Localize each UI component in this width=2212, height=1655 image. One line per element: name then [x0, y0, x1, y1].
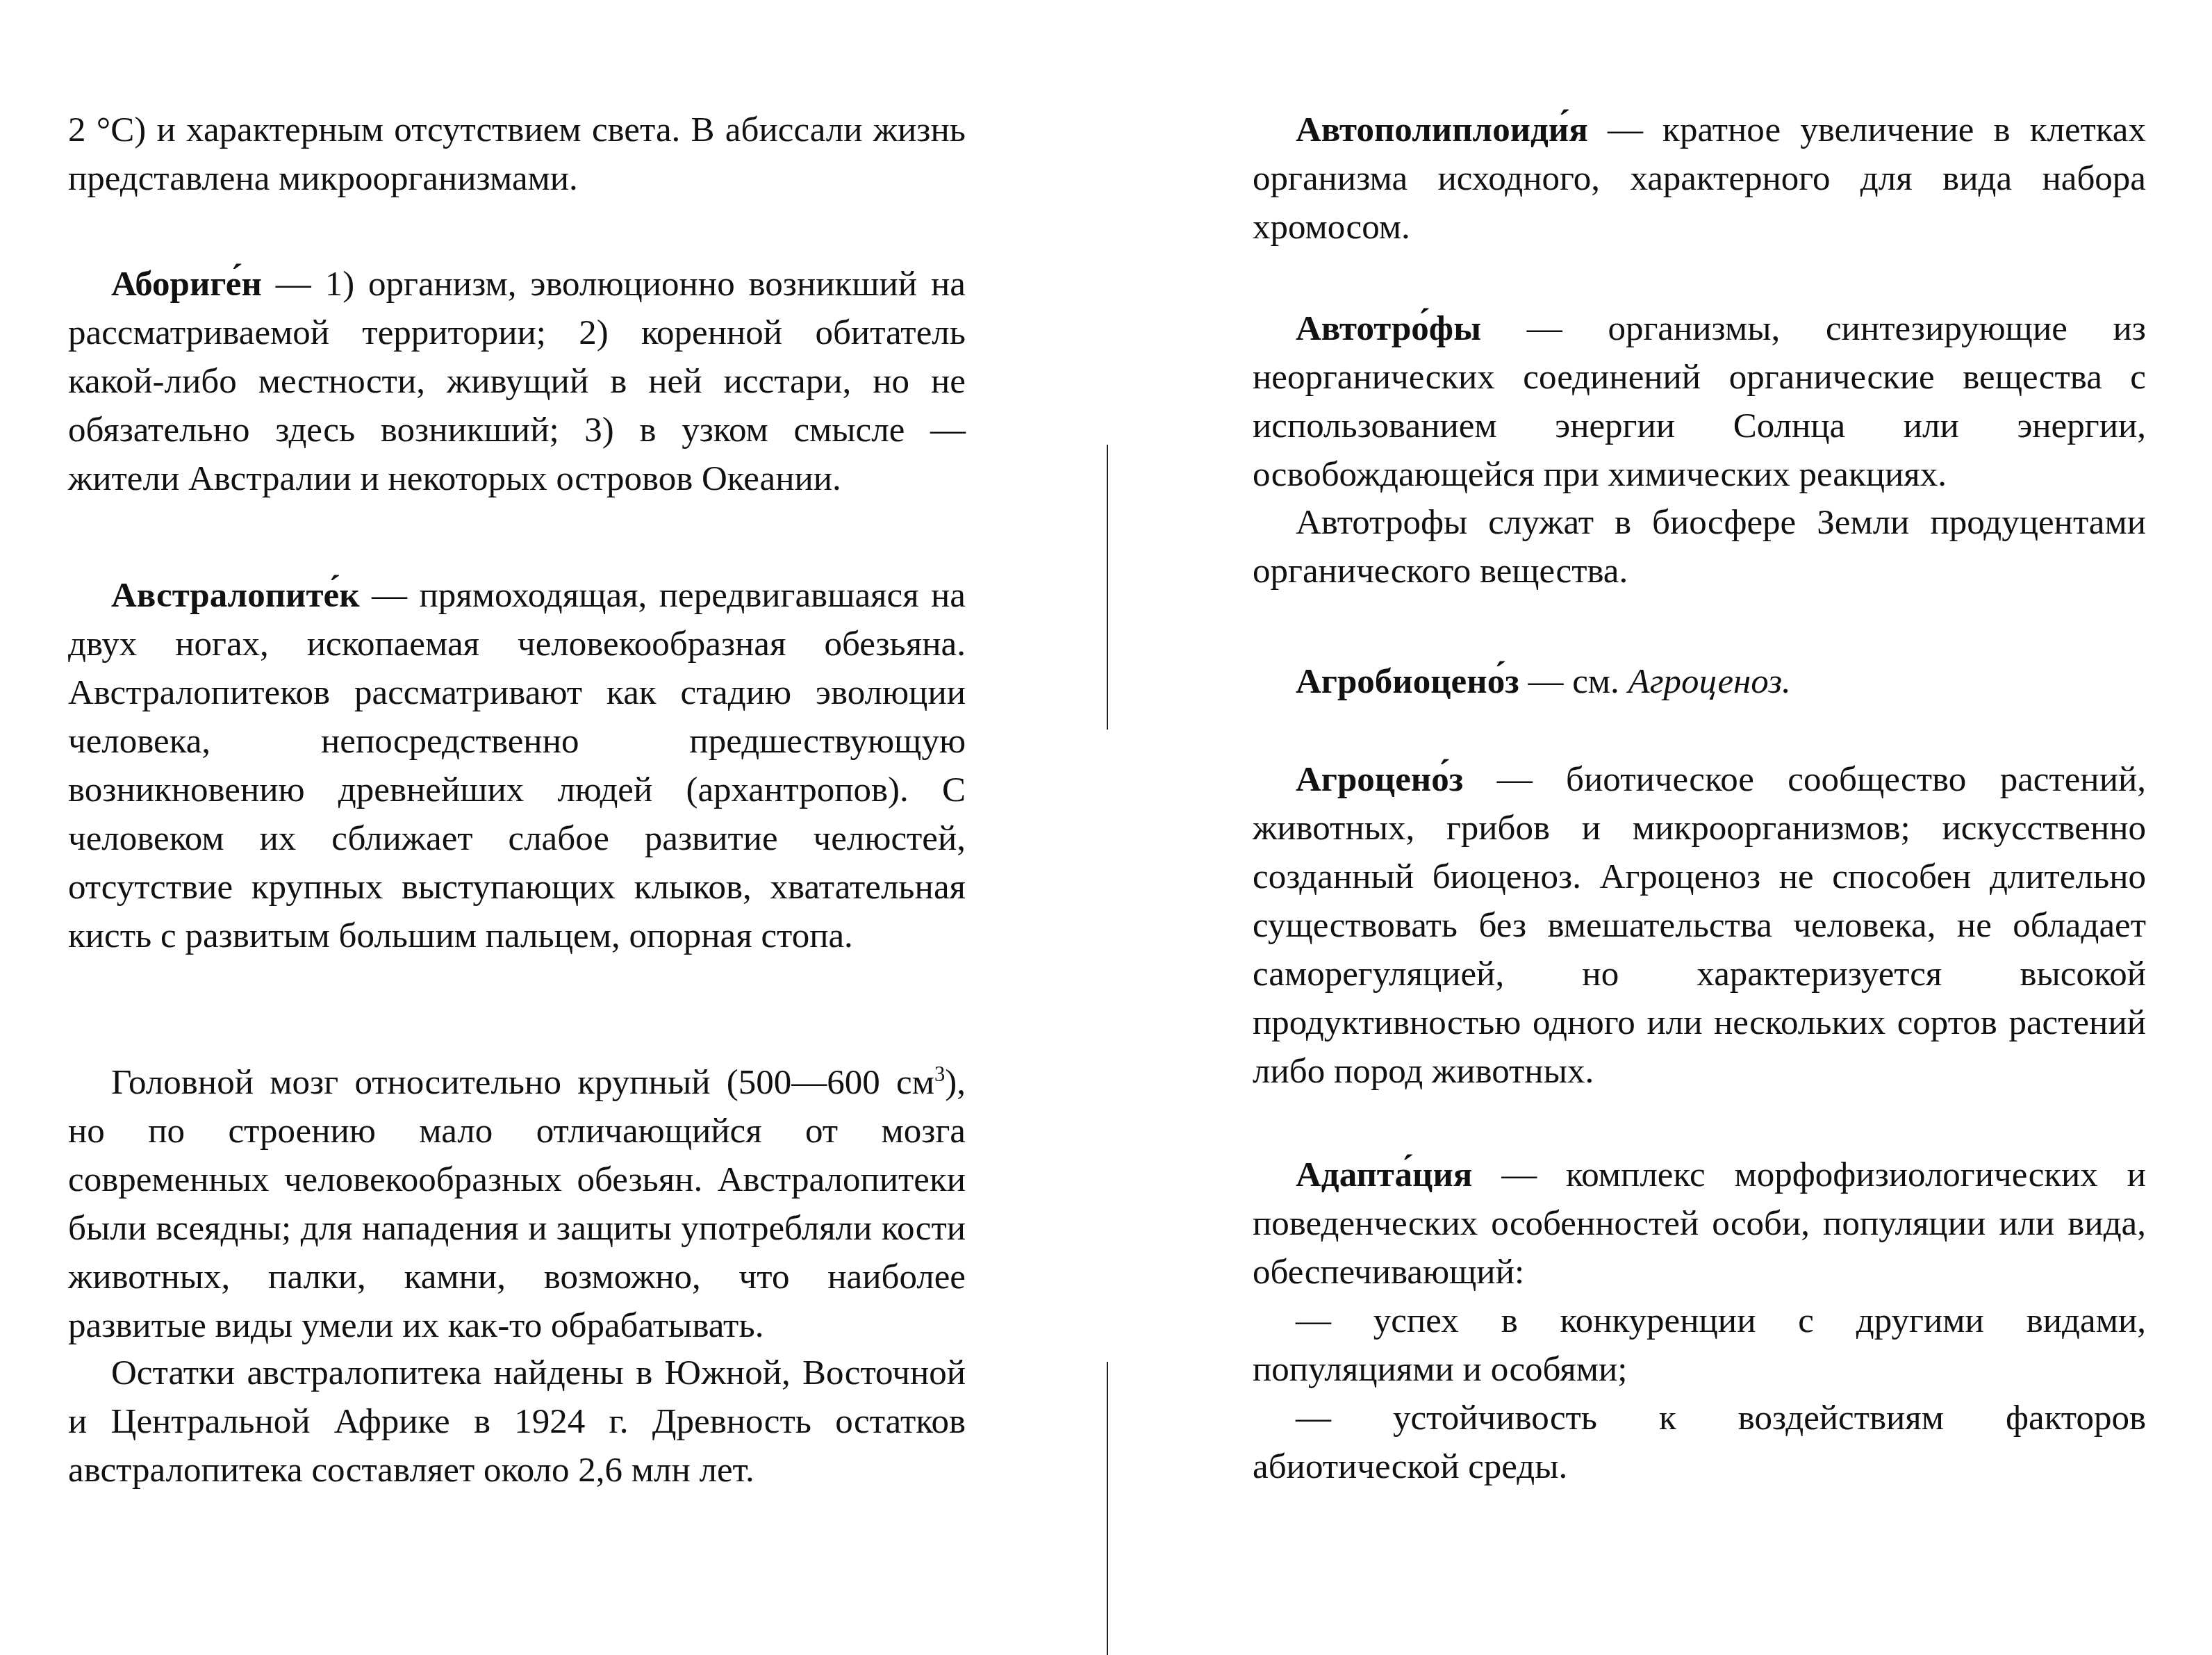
entry-headword: Агробиоцено́з: [1296, 662, 1519, 701]
paragraph-text: Остатки австралопитека найдены в Южной, …: [68, 1353, 966, 1490]
paragraph-text: 2 °C) и характерным отсутствием света. В…: [68, 110, 966, 198]
paragraph-remains: Остатки австралопитека найдены в Южной, …: [68, 1349, 966, 1495]
entry-definition: — см.: [1519, 662, 1628, 701]
paragraph-text-tail: ), но по строению мало отличающийся от м…: [68, 1063, 966, 1345]
entry-agrocenosis: Агроцено́з — биотическое сообщество раст…: [1253, 755, 2146, 1096]
paragraph-abyssal-end: 2 °C) и характерным отсутствием света. В…: [68, 106, 966, 203]
superscript: 3: [934, 1062, 945, 1086]
list-item-abiotic-resistance: — устойчивость к воздействиям факторов а…: [1253, 1394, 2146, 1491]
list-item-text: — устойчивость к воздействиям факторов а…: [1253, 1399, 2146, 1486]
entry-autotrophs: Автотро́фы — организмы, синтезирующие из…: [1253, 304, 2146, 499]
entry-australopithecus: Австралопите́к — прямоходящая, передвига…: [68, 571, 966, 960]
entry-definition: — прямоходящая, передвигавшаяся на двух …: [68, 576, 966, 955]
entry-headword: Агроцено́з: [1296, 760, 1463, 799]
left-page: 2 °C) и характерным отсутствием света. В…: [0, 0, 1106, 1655]
entry-autopolyploidy: Автополиплоиди́я — кратное увеличение в …: [1253, 106, 2146, 252]
paragraph-text: Головной мозг относительно крупный (500—…: [111, 1063, 934, 1102]
entry-agrobiocenosis: Агробиоцено́з — см. Агроценоз.: [1253, 657, 2146, 706]
entry-headword: Адапта́ция: [1296, 1155, 1472, 1194]
paragraph-brain: Головной мозг относительно крупный (500—…: [68, 1058, 966, 1350]
entry-adaptation: Адапта́ция — комплекс морфофизиологическ…: [1253, 1151, 2146, 1296]
list-item-competition: — успех в конкуренции с другими видами, …: [1253, 1296, 2146, 1394]
entry-headword: Австралопите́к: [111, 576, 360, 615]
paragraph-autotrophs-role: Автотрофы служат в биосфере Земли продуц…: [1253, 498, 2146, 595]
right-page: Автополиплоиди́я — кратное увеличение в …: [1106, 0, 2212, 1655]
list-item-text: — успех в конкуренции с другими видами, …: [1253, 1301, 2146, 1389]
entry-aborigen: Абориге́н — 1) организм, эволюционно воз…: [68, 260, 966, 503]
entry-definition: — биотическое сообщество растений, живот…: [1253, 760, 2146, 1091]
cross-reference: Агроценоз.: [1628, 662, 1791, 701]
entry-headword: Автотро́фы: [1296, 309, 1481, 348]
entry-headword: Автополиплоиди́я: [1296, 110, 1588, 149]
paragraph-text: Автотрофы служат в биосфере Земли продуц…: [1253, 503, 2146, 591]
entry-headword: Абориге́н: [111, 265, 262, 304]
